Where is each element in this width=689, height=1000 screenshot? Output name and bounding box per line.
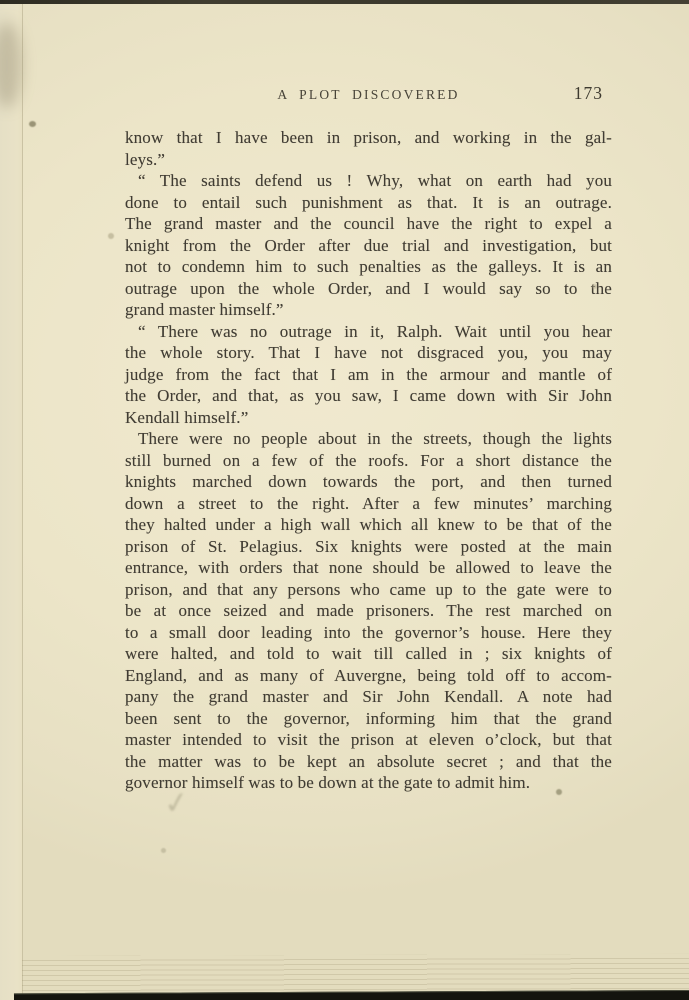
text-line: Kendall himself.”: [125, 407, 612, 429]
text-line: the Order, and that, as you saw, I came …: [125, 385, 612, 407]
paragraph: “ There was no outrage in it, Ralph. Wai…: [125, 321, 612, 429]
scan-top-edge: [0, 0, 689, 4]
text-line: done to entail such punishment as that. …: [125, 192, 612, 214]
text-line: The grand master and the council have th…: [125, 213, 612, 235]
text-line: down a street to the right. After a few …: [125, 493, 612, 515]
page-left-edge: [0, 0, 23, 1000]
running-title: A PLOT DISCOVERED: [277, 87, 459, 102]
paragraph: know that I have been in prison, and wor…: [125, 127, 612, 170]
text-line: been sent to the governor, informing him…: [125, 708, 612, 730]
text-line: still burned on a few of the roofs. For …: [125, 450, 612, 472]
scan-bottom-edge: [14, 990, 689, 1000]
text-line: prison, and that any persons who came up…: [125, 579, 612, 601]
paper-speck: [29, 121, 36, 127]
text-line: were halted, and told to wait till calle…: [125, 643, 612, 665]
text-line: entrance, with orders that none should b…: [125, 557, 612, 579]
paragraph: “ The saints defend us ! Why, what on ea…: [125, 170, 612, 321]
page-number: 173: [574, 83, 603, 104]
text-line: judge from the fact that I am in the arm…: [125, 364, 612, 386]
page-body: know that I have been in prison, and wor…: [125, 127, 612, 794]
text-line: England, and as many of Auvergne, being …: [125, 665, 612, 687]
page-stack-edges: [22, 954, 689, 991]
paper-speck: [556, 789, 562, 795]
page-header: A PLOT DISCOVERED 173: [125, 86, 612, 106]
text-line: grand master himself.”: [125, 299, 612, 321]
text-line: “ The saints defend us ! Why, what on ea…: [125, 170, 612, 192]
text-line: prison of St. Pelagius. Six knights were…: [125, 536, 612, 558]
text-line: the whole story. That I have not disgrac…: [125, 342, 612, 364]
page-content: A PLOT DISCOVERED 173 know that I have b…: [125, 86, 612, 794]
text-line: to a small door leading into the governo…: [125, 622, 612, 644]
paper-speck: [161, 848, 166, 853]
text-line: pany the grand master and Sir John Kenda…: [125, 686, 612, 708]
text-line: “ There was no outrage in it, Ralph. Wai…: [125, 321, 612, 343]
text-line: be at once seized and made prisoners. Th…: [125, 600, 612, 622]
text-line: knight from the Order after due trial an…: [125, 235, 612, 257]
paper-speck: [108, 233, 114, 239]
text-line: they halted under a high wall which all …: [125, 514, 612, 536]
text-line: leys.”: [125, 149, 612, 171]
paragraph: There were no people about in the street…: [125, 428, 612, 794]
text-line: There were no people about in the street…: [125, 428, 612, 450]
text-line: the matter was to be kept an absolute se…: [125, 751, 612, 773]
check-smudge: ✓: [162, 784, 192, 822]
text-line: not to condemn him to such penalties as …: [125, 256, 612, 278]
text-line: governor himself was to be down at the g…: [125, 772, 612, 794]
text-line: know that I have been in prison, and wor…: [125, 127, 612, 149]
text-line: outrage upon the whole Order, and I woul…: [125, 278, 612, 300]
book-page: A PLOT DISCOVERED 173 know that I have b…: [0, 0, 689, 1000]
text-line: master intended to visit the prison at e…: [125, 729, 612, 751]
text-line: knights marched down towards the port, a…: [125, 471, 612, 493]
paper-speck: [592, 284, 597, 289]
